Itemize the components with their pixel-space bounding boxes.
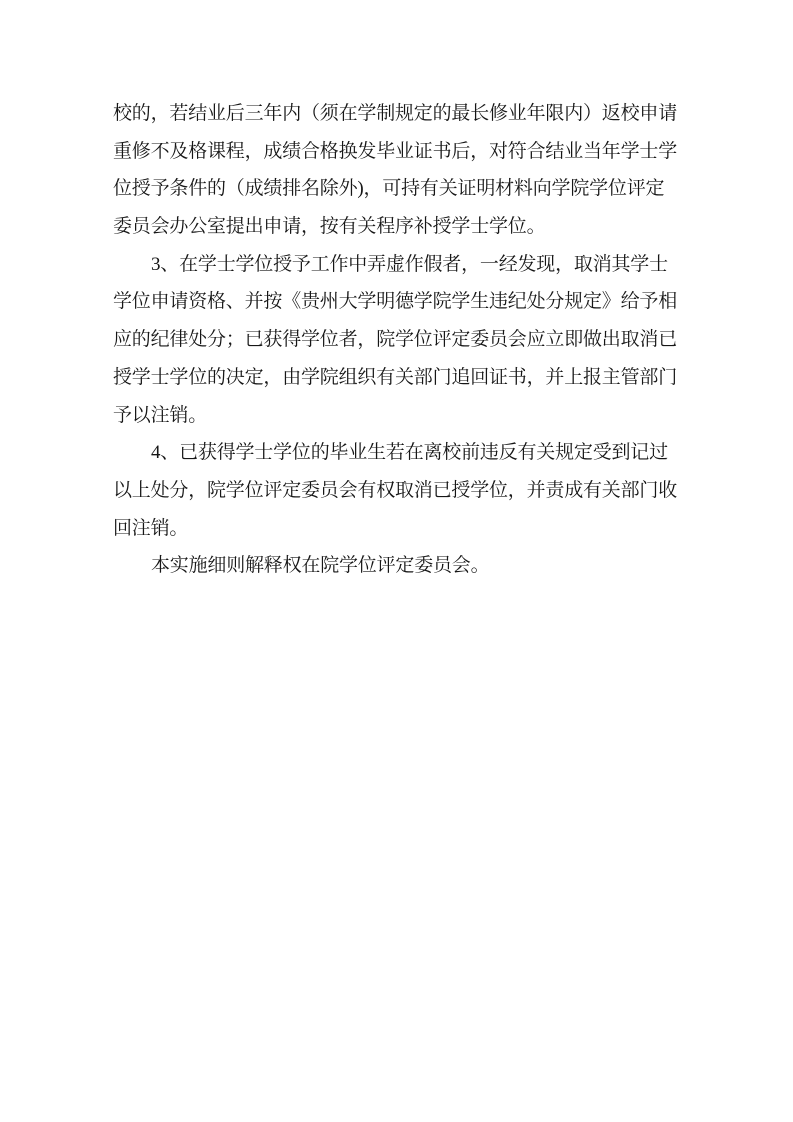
text-line: 授学士学位的决定，由学院组织有关部门追回证书，并上报主管部门 (113, 359, 685, 397)
text-line: 学位申请资格、并按《贵州大学明德学院学生违纪处分规定》给予相 (113, 283, 685, 321)
text-line: 重修不及格课程，成绩合格换发毕业证书后，对符合结业当年学士学 (113, 133, 685, 171)
text-line: 3、在学士学位授予工作中弄虚作假者，一经发现，取消其学士 (113, 246, 685, 284)
text-line: 应的纪律处分；已获得学位者，院学位评定委员会应立即做出取消已 (113, 321, 685, 359)
document-page: 校的，若结业后三年内（须在学制规定的最长修业年限内）返校申请 重修不及格课程，成… (0, 0, 793, 1122)
text-line: 位授予条件的（成绩排名除外)，可持有关证明材料向学院学位评定 (113, 170, 685, 208)
paragraph-item-4: 4、已获得学士学位的毕业生若在离校前违反有关规定受到记过 以上处分，院学位评定委… (113, 434, 685, 547)
text-line: 委员会办公室提出申请，按有关程序补授学士学位。 (113, 208, 685, 246)
paragraph-item-3: 3、在学士学位授予工作中弄虚作假者，一经发现，取消其学士 学位申请资格、并按《贵… (113, 246, 685, 434)
text-line: 4、已获得学士学位的毕业生若在离校前违反有关规定受到记过 (113, 434, 685, 472)
text-line: 校的，若结业后三年内（须在学制规定的最长修业年限内）返校申请 (113, 95, 685, 133)
text-line: 予以注销。 (113, 397, 685, 435)
paragraph-continuation: 校的，若结业后三年内（须在学制规定的最长修业年限内）返校申请 重修不及格课程，成… (113, 95, 685, 246)
text-line: 以上处分，院学位评定委员会有权取消已授学位，并责成有关部门收 (113, 472, 685, 510)
paragraph-closing: 本实施细则解释权在院学位评定委员会。 (113, 547, 685, 585)
document-body: 校的，若结业后三年内（须在学制规定的最长修业年限内）返校申请 重修不及格课程，成… (113, 95, 685, 585)
text-line: 本实施细则解释权在院学位评定委员会。 (113, 547, 685, 585)
text-line: 回注销。 (113, 510, 685, 548)
